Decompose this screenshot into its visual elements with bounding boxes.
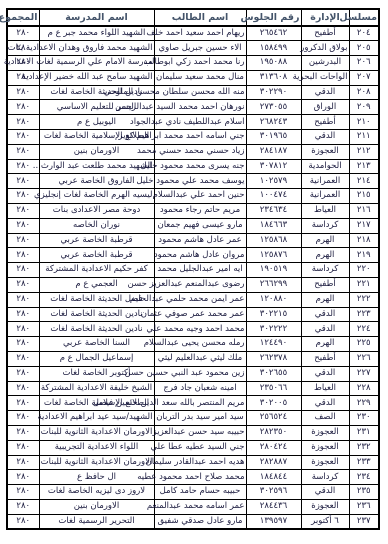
header-total: المجموع: [7, 9, 39, 26]
student-name-cell: مريم المنتصر بالله سعد الدين حسين فيصل: [154, 396, 246, 411]
school-name-cell: الشيخ خليفة الاعدادية المشتركة: [39, 381, 154, 396]
school-name-cell: الاورمان بنين: [39, 500, 154, 515]
table-row: ٢٠٦ البدرشين ١٩٥٠٨٨ رنا محمد احمد زكي اب…: [7, 56, 379, 71]
admin-cell: كرداسة: [301, 263, 349, 278]
serial-cell: ٢٠٤: [349, 26, 379, 41]
serial-cell: ٢٢٦: [349, 352, 379, 367]
table-row: ٢١٥ العمرانية ١٠٠٤٧٤ حنين احمد علي عبدال…: [7, 189, 379, 204]
student-name-cell: منه الله محسن سلطان محسن الملوحي: [154, 85, 246, 100]
table-row: ٢٣١ العجوزة ٢٨٢٣٥٠ حبيبه سيد حسن عبدالعز…: [7, 426, 379, 441]
school-name-cell: مدرسة الامام علي الرسمية لغات الاعدادية: [39, 56, 154, 71]
school-name-cell: دوحة مصر الاعدادى بنات: [39, 204, 154, 219]
seat-number-cell: ١٩٥٠٨٨: [246, 56, 301, 71]
table-row: ٢٣٥ الدقي ٣٠٢٥٩٦ حبيبه حسام حامد كامل لا…: [7, 485, 379, 500]
seat-number-cell: ٢٨٢٨٨٧: [246, 455, 301, 470]
student-name-cell: محمد صلاح احمد محمود عطيه: [154, 470, 246, 485]
table-row: ٢٠٨ الدقي ٣٠٢٢٩٠ منه الله محسن سلطان محس…: [7, 85, 379, 100]
table-row: ٢١٨ الهرم ١٢٥٨٦٨ عمر عادل هاشم محمود قرط…: [7, 233, 379, 248]
table-row: ٢٣٣ العجوزة ٢٨٢٨٨٧ هديه احمد عبدالقادر س…: [7, 455, 379, 470]
admin-cell: كرداسة: [301, 470, 349, 485]
total-cell: ٢٨٠: [7, 130, 39, 145]
table-row: ٢١٠ أطفيح ٢٦٨٢٤٣ اسلام عبداللطيف نادي عب…: [7, 115, 379, 130]
serial-cell: ٢٣٤: [349, 470, 379, 485]
admin-cell: العجوزة: [301, 144, 349, 159]
total-cell: ٢٨٠: [7, 366, 39, 381]
serial-cell: ٢٠٩: [349, 100, 379, 115]
serial-cell: ٢١٣: [349, 159, 379, 174]
admin-cell: كرداسة: [301, 218, 349, 233]
total-cell: ٢٨٠: [7, 26, 39, 41]
seat-number-cell: ٢٦٢٣٧٨: [246, 352, 301, 367]
student-name-cell: مارو عادل صدقي شفيق: [154, 514, 246, 529]
table-row: ٢٢٩ الدقي ٣٠٢٠٠٥ مريم المنتصر بالله سعد …: [7, 396, 379, 411]
seat-number-cell: ٣٠١٩٦٥: [246, 130, 301, 145]
seat-number-cell: ١٩٠٥١٩: [246, 263, 301, 278]
admin-cell: الدقي: [301, 322, 349, 337]
student-name-cell: مروان عادل هاشم محمود: [154, 248, 246, 263]
admin-cell: العمرانية: [301, 174, 349, 189]
admin-cell: الدقي: [301, 307, 349, 322]
seat-number-cell: ٢٧٣٠٥٥: [246, 100, 301, 115]
admin-cell: العجوزة: [301, 440, 349, 455]
header-serial: مسلسل: [349, 9, 379, 26]
header-seat: رقم الجلوس: [246, 9, 301, 26]
total-cell: ٢٨٠: [7, 263, 39, 278]
total-cell: ٢٨٠: [7, 307, 39, 322]
total-cell: ٢٨٠: [7, 233, 39, 248]
admin-cell: الواحات البحرية: [301, 70, 349, 85]
admin-cell: العياط: [301, 204, 349, 219]
table-header: مسلسل الإدارة رقم الجلوس اسم الطالب اسم …: [7, 9, 379, 26]
table-row: ٢٠٧ الواحات البحرية ٣١٣٦٠٨ منال محمد سعي…: [7, 70, 379, 85]
serial-cell: ٢٢٢: [349, 292, 379, 307]
school-name-cell: نادين الحديثة الخاصة لغات: [39, 322, 154, 337]
serial-cell: ٢١٢: [349, 144, 379, 159]
student-name-cell: مارو عيسى فهيم جمعان: [154, 218, 246, 233]
school-name-cell: نادين الحديثة الخاصة لغات: [39, 85, 154, 100]
serial-cell: ٢١١: [349, 130, 379, 145]
school-name-cell: قرطبة الخاصة عربي: [39, 233, 154, 248]
student-name-cell: نورهان احمد محمد السيد عبدالرحمن: [154, 100, 246, 115]
seat-number-cell: ٣٠٧٨١٢: [246, 159, 301, 174]
admin-cell: العجوزة: [301, 500, 349, 515]
student-name-cell: حنين احمد علي عبدالسلام: [154, 189, 246, 204]
table-row: ٢٣٤ كرداسة ١٨٤٨٤٤ محمد صلاح احمد محمود ع…: [7, 470, 379, 485]
seat-number-cell: ١٨٤٨٤٤: [246, 470, 301, 485]
table-body: ٢٠٤ أطفيح ٢٦٥٤٦٢ ريهام احمد سعيد احمد خل…: [7, 26, 379, 529]
serial-cell: ٢١٧: [349, 218, 379, 233]
admin-cell: العجوزة: [301, 455, 349, 470]
seat-number-cell: ١٢٥٨٧٦: [246, 248, 301, 263]
total-cell: ٢٨٠: [7, 248, 39, 263]
table-row: ٢١٤ العمرانية ١٠٢٥٧٩ يوسف محمد علي محمود…: [7, 174, 379, 189]
admin-cell: العياط: [301, 381, 349, 396]
seat-number-cell: ٣٠٢٦٥٥: [246, 366, 301, 381]
total-cell: ٢٨٠: [7, 470, 39, 485]
table-row: ٢٢٨ العياط ٢٣٥٠٦٦ امينه شعبان جاد فرج ال…: [7, 381, 379, 396]
admin-cell: الدقي: [301, 366, 349, 381]
seat-number-cell: ٢٦٥٤٦٢: [246, 26, 301, 41]
seat-number-cell: ٣٠٢٥٩٦: [246, 485, 301, 500]
serial-cell: ٢٣٦: [349, 500, 379, 515]
table-row: ٢٢٥ الهرم ١٢٤٤٩٠ رمله محسن يحيى عبدالسلا…: [7, 337, 379, 352]
seat-number-cell: ١٢٥٨٦٨: [246, 233, 301, 248]
seat-number-cell: ١٠٠٤٧٤: [246, 189, 301, 204]
school-name-cell: الشهيد اللواء محمد جبر ع م: [39, 26, 154, 41]
student-name-cell: ريهام احمد سعيد احمد خلف: [154, 26, 246, 41]
school-name-cell: الشهيد محمد فاروق وهدان الاعدادية بنات: [39, 41, 154, 56]
table-row: ٢١٢ العجوزة ٢٨٤١٨٧ زياد حسني محمد حسني م…: [7, 144, 379, 159]
school-name-cell: الاورمان الاعدادية الثانوية للبنات: [39, 426, 154, 441]
seat-number-cell: ١٢٤٤٩٠: [246, 337, 301, 352]
school-name-cell: فضل الحديثة الخاصة لغات: [39, 292, 154, 307]
serial-cell: ٢١٥: [349, 189, 379, 204]
student-name-cell: امينه شعبان جاد فرج: [154, 381, 246, 396]
school-name-cell: الاورمان الاعدادية الثانوية للبنات: [39, 455, 154, 470]
admin-cell: الدقي: [301, 396, 349, 411]
table-row: ٢١٦ العياط ٢٣٤٦٣٤ مريم حاتم رجاء محمود د…: [7, 204, 379, 219]
student-name-cell: عمر اسامه محمد عبدالمنعم: [154, 500, 246, 515]
total-cell: ٢٨٠: [7, 322, 39, 337]
student-name-cell: اسلام عبداللطيف نادي عبدالجواد: [154, 115, 246, 130]
serial-cell: ٢٠٧: [349, 70, 379, 85]
serial-cell: ٢٣٧: [349, 514, 379, 529]
seat-number-cell: ٣٠٢٢٢٢: [246, 322, 301, 337]
table-row: ٢٠٤ أطفيح ٢٦٥٤٦٢ ريهام احمد سعيد احمد خل…: [7, 26, 379, 41]
school-name-cell: قرطبة الخاصة عربي: [39, 248, 154, 263]
serial-cell: ٢١٨: [349, 233, 379, 248]
admin-cell: الدقي: [301, 485, 349, 500]
serial-cell: ٢٠٨: [349, 85, 379, 100]
table-row: ٢٢٤ الدقي ٣٠٢٢٢٢ محمد احمد وجيه محمد علي…: [7, 322, 379, 337]
serial-cell: ٢١٤: [349, 174, 379, 189]
admin-cell: الدقي: [301, 130, 349, 145]
seat-number-cell: ٣٠٢٠٠٥: [246, 396, 301, 411]
seat-number-cell: ٢٣٥٠٦٦: [246, 381, 301, 396]
seat-number-cell: ٢٨٤١٨٧: [246, 144, 301, 159]
table-row: ٢٢١ أطفيح ٢٦٦٢٩٩ رضوى عبدالمنعم عبدالعزي…: [7, 278, 379, 293]
serial-cell: ٢٢٤: [349, 322, 379, 337]
students-table: مسلسل الإدارة رقم الجلوس اسم الطالب اسم …: [6, 8, 380, 530]
seat-number-cell: ٢٥٦٥٢٤: [246, 411, 301, 426]
admin-cell: الصف: [301, 411, 349, 426]
total-cell: ٢٨٠: [7, 381, 39, 396]
serial-cell: ٢٢٧: [349, 366, 379, 381]
admin-cell: أطفيح: [301, 278, 349, 293]
table-row: ٢٢٠ كرداسة ١٩٠٥١٩ ايه امير عبدالجليل محم…: [7, 263, 379, 278]
school-name-cell: السنا الخاصة عربي: [39, 337, 154, 352]
student-name-cell: رمله محسن يحيى عبدالسلام: [154, 337, 246, 352]
total-cell: ٢٨٠: [7, 85, 39, 100]
serial-cell: ٢٠٦: [349, 56, 379, 71]
header-row: مسلسل الإدارة رقم الجلوس اسم الطالب اسم …: [7, 9, 379, 26]
total-cell: ٢٨٠: [7, 440, 39, 455]
table-row: ٢٣٦ العجوزة ٢٨٤٤٣٦ عمر اسامه محمد عبدالم…: [7, 500, 379, 515]
student-name-cell: رنا محمد احمد زكي ابوطالب: [154, 56, 246, 71]
seat-number-cell: ١٣٩٥٩٧: [246, 514, 301, 529]
student-name-cell: يوسف محمد علي محمود خليل: [154, 174, 246, 189]
table-row: ٢٢٦ أطفيح ٢٦٢٣٧٨ ملك ليثي عبدالعليم ليثي…: [7, 352, 379, 367]
table-row: ٢٢٧ الدقي ٣٠٢٦٥٥ زين محمود عبد النبي حسي…: [7, 366, 379, 381]
admin-cell: الهرم: [301, 337, 349, 352]
student-name-cell: عمر عادل هاشم محمود: [154, 233, 246, 248]
school-name-cell: الشهيد/سيد عيد ابراهيم الاعدادية: [39, 411, 154, 426]
total-cell: ٢٨٠: [7, 292, 39, 307]
total-cell: ٢٨٠: [7, 485, 39, 500]
student-name-cell: جني السيد عطيه عطا علي: [154, 440, 246, 455]
serial-cell: ٢١٩: [349, 248, 379, 263]
table-row: ٢٢٣ الدقي ٣٠٢٢١٥ عمر محمد عمر صوفي عثمان…: [7, 307, 379, 322]
admin-cell: الهرم: [301, 248, 349, 263]
table-row: ٢١٧ كرداسة ١٨٤٦٦٣ مارو عيسى فهيم جمعان ن…: [7, 218, 379, 233]
total-cell: ٢٨٠: [7, 144, 39, 159]
table-row: ٢٠٩ الوراق ٢٧٣٠٥٥ نورهان احمد محمد السيد…: [7, 100, 379, 115]
total-cell: ٢٨٠: [7, 218, 39, 233]
serial-cell: ٢١٠: [349, 115, 379, 130]
admin-cell: أطفيح: [301, 26, 349, 41]
student-name-cell: محمد احمد وجيه محمد علي: [154, 322, 246, 337]
seat-number-cell: ٢٨٢٣٥٠: [246, 426, 301, 441]
school-name-cell: كفر حكيم الاعدادية المشتركة: [39, 263, 154, 278]
admin-cell: ٦ أكتوبر: [301, 514, 349, 529]
total-cell: ٢٨٠: [7, 411, 39, 426]
school-name-cell: لاروز دى ليزيه الخاصة لغات: [39, 485, 154, 500]
student-name-cell: سيد امير سيد بدر التربان: [154, 411, 246, 426]
total-cell: ٢٨٠: [7, 337, 39, 352]
table-row: ٢٠٥ بولاق الدكرور ١٥٨٤٩٩ الاء حسين جبريل…: [7, 41, 379, 56]
total-cell: ٢٨٠: [7, 174, 39, 189]
total-cell: ٢٨٠: [7, 426, 39, 441]
serial-cell: ٢٣٣: [349, 455, 379, 470]
school-name-cell: إسماعيل الجمال ع م: [39, 352, 154, 367]
table-row: ٢٣٠ الصف ٢٥٦٥٢٤ سيد امير سيد بدر التربان…: [7, 411, 379, 426]
school-name-cell: الشهيد محمد طلعت عبد الوارث ..: [39, 159, 154, 174]
seat-number-cell: ١٥٨٤٩٩: [246, 41, 301, 56]
student-name-cell: زين محمود عبد النبي حسين حسن: [154, 366, 246, 381]
header-school: اسم المدرسة: [39, 9, 154, 26]
student-name-cell: حبيبه حسام حامد كامل: [154, 485, 246, 500]
total-cell: ٢٨٠: [7, 500, 39, 515]
student-name-cell: زياد حسني محمد حسني محمد: [154, 144, 246, 159]
school-name-cell: الشهيد سامح عبد الله خضير الإعدادية: [39, 70, 154, 85]
serial-cell: ٢٣١: [349, 426, 379, 441]
table-row: ٢٢٢ الهرم ١٢٠٨٨٠ عمر ايمن محمد حلمي عبدا…: [7, 292, 379, 307]
school-name-cell: اللواء الاعدادية التجريبية: [39, 440, 154, 455]
seat-number-cell: ٢٦٦٢٩٩: [246, 278, 301, 293]
total-cell: ٢٨٠: [7, 204, 39, 219]
total-cell: ٢٨٠: [7, 396, 39, 411]
serial-cell: ٢١٦: [349, 204, 379, 219]
serial-cell: ٢٢٥: [349, 337, 379, 352]
table-row: ٢١٣ الحوامدية ٣٠٧٨١٢ جنه يسرى محمد محمود…: [7, 159, 379, 174]
school-name-cell: نوران الخاصه: [39, 218, 154, 233]
total-cell: ٢٨٠: [7, 514, 39, 529]
student-name-cell: رضوى عبدالمنعم عبدالعزيز حسن: [154, 278, 246, 293]
student-name-cell: هديه احمد عبدالقادر سليمان: [154, 455, 246, 470]
seat-number-cell: ١٨٤٦٦٣: [246, 218, 301, 233]
student-name-cell: جنه يسرى محمد محمود خليل: [154, 159, 246, 174]
seat-number-cell: ٢٣٤٦٣٤: [246, 204, 301, 219]
student-name-cell: مريم حاتم رجاء محمود: [154, 204, 246, 219]
serial-cell: ٢٢٠: [349, 263, 379, 278]
page: مسلسل الإدارة رقم الجلوس اسم الطالب اسم …: [0, 0, 388, 544]
table-row: ٢١٩ الهرم ١٢٥٨٧٦ مروان عادل هاشم محمود ق…: [7, 248, 379, 263]
header-student: اسم الطالب: [154, 9, 246, 26]
seat-number-cell: ٣٠٢٢٩٠: [246, 85, 301, 100]
seat-number-cell: ١٢٠٨٨٠: [246, 292, 301, 307]
admin-cell: الوراق: [301, 100, 349, 115]
admin-cell: الدقي: [301, 85, 349, 100]
student-name-cell: عمر محمد عمر صوفي عثمان: [154, 307, 246, 322]
table-row: ٢١١ الدقي ٣٠١٩٦٥ جني اسامه احمد محمد ابر…: [7, 130, 379, 145]
student-name-cell: ايه امير عبدالجليل محمد: [154, 263, 246, 278]
student-name-cell: حبيبه سيد حسن عبدالعزيز: [154, 426, 246, 441]
school-name-cell: الطلائع الإسلامية الخاصة لغات: [39, 396, 154, 411]
admin-cell: البدرشين: [301, 56, 349, 71]
seat-number-cell: ٢٦٨٢٤٣: [246, 115, 301, 130]
seat-number-cell: ٢٨٤٤٣٦: [246, 500, 301, 515]
admin-cell: أطفيح: [301, 352, 349, 367]
student-name-cell: جني اسامه احمد محمد ابراهيم كويز: [154, 130, 246, 145]
admin-cell: العمرانية: [301, 189, 349, 204]
serial-cell: ٢٣٠: [349, 411, 379, 426]
serial-cell: ٢٠٥: [349, 41, 379, 56]
admin-cell: الحوامدية: [301, 159, 349, 174]
student-name-cell: عمر ايمن محمد حلمي عبدالحليم: [154, 292, 246, 307]
serial-cell: ٢٢٣: [349, 307, 379, 322]
school-name-cell: الطلائع الإسلامية الخاصة لغات: [39, 130, 154, 145]
admin-cell: العجوزة: [301, 426, 349, 441]
admin-cell: بولاق الدكرور: [301, 41, 349, 56]
serial-cell: ٢٢١: [349, 278, 379, 293]
seat-number-cell: ٣٠٢٢١٥: [246, 307, 301, 322]
total-cell: ٢٨٠: [7, 100, 39, 115]
table-row: ٢٣٢ العجوزة ٢٨٠٤٢٤ جني السيد عطيه عطا عل…: [7, 440, 379, 455]
school-name-cell: نادين الحديثة الخاصة لغات: [39, 307, 154, 322]
table-row: ٢٣٧ ٦ أكتوبر ١٣٩٥٩٧ مارو عادل صدقي شفيق …: [7, 514, 379, 529]
total-cell: ٢٨٠: [7, 115, 39, 130]
serial-cell: ٢٣٢: [349, 440, 379, 455]
school-name-cell: التحرير الرسمية لغات: [39, 514, 154, 529]
serial-cell: ٢٣٥: [349, 485, 379, 500]
serial-cell: ٢٢٨: [349, 381, 379, 396]
admin-cell: الهرم: [301, 233, 349, 248]
total-cell: ٢٨٠: [7, 278, 39, 293]
admin-cell: الهرم: [301, 292, 349, 307]
student-name-cell: منال محمد سعيد سليمان: [154, 70, 246, 85]
serial-cell: ٢٢٩: [349, 396, 379, 411]
student-name-cell: الاء حسين جبريل صاوي: [154, 41, 246, 56]
total-cell: ٢٨٠: [7, 352, 39, 367]
school-name-cell: ليسيه الهرم الخاصة لغات إنجليزي: [39, 189, 154, 204]
seat-number-cell: ٢٨٠٤٢٤: [246, 440, 301, 455]
total-cell: ٢٨٠: [7, 455, 39, 470]
seat-number-cell: ١٠٢٥٧٩: [246, 174, 301, 189]
admin-cell: أطفيح: [301, 115, 349, 130]
student-name-cell: ملك ليثي عبدالعليم ليثي: [154, 352, 246, 367]
